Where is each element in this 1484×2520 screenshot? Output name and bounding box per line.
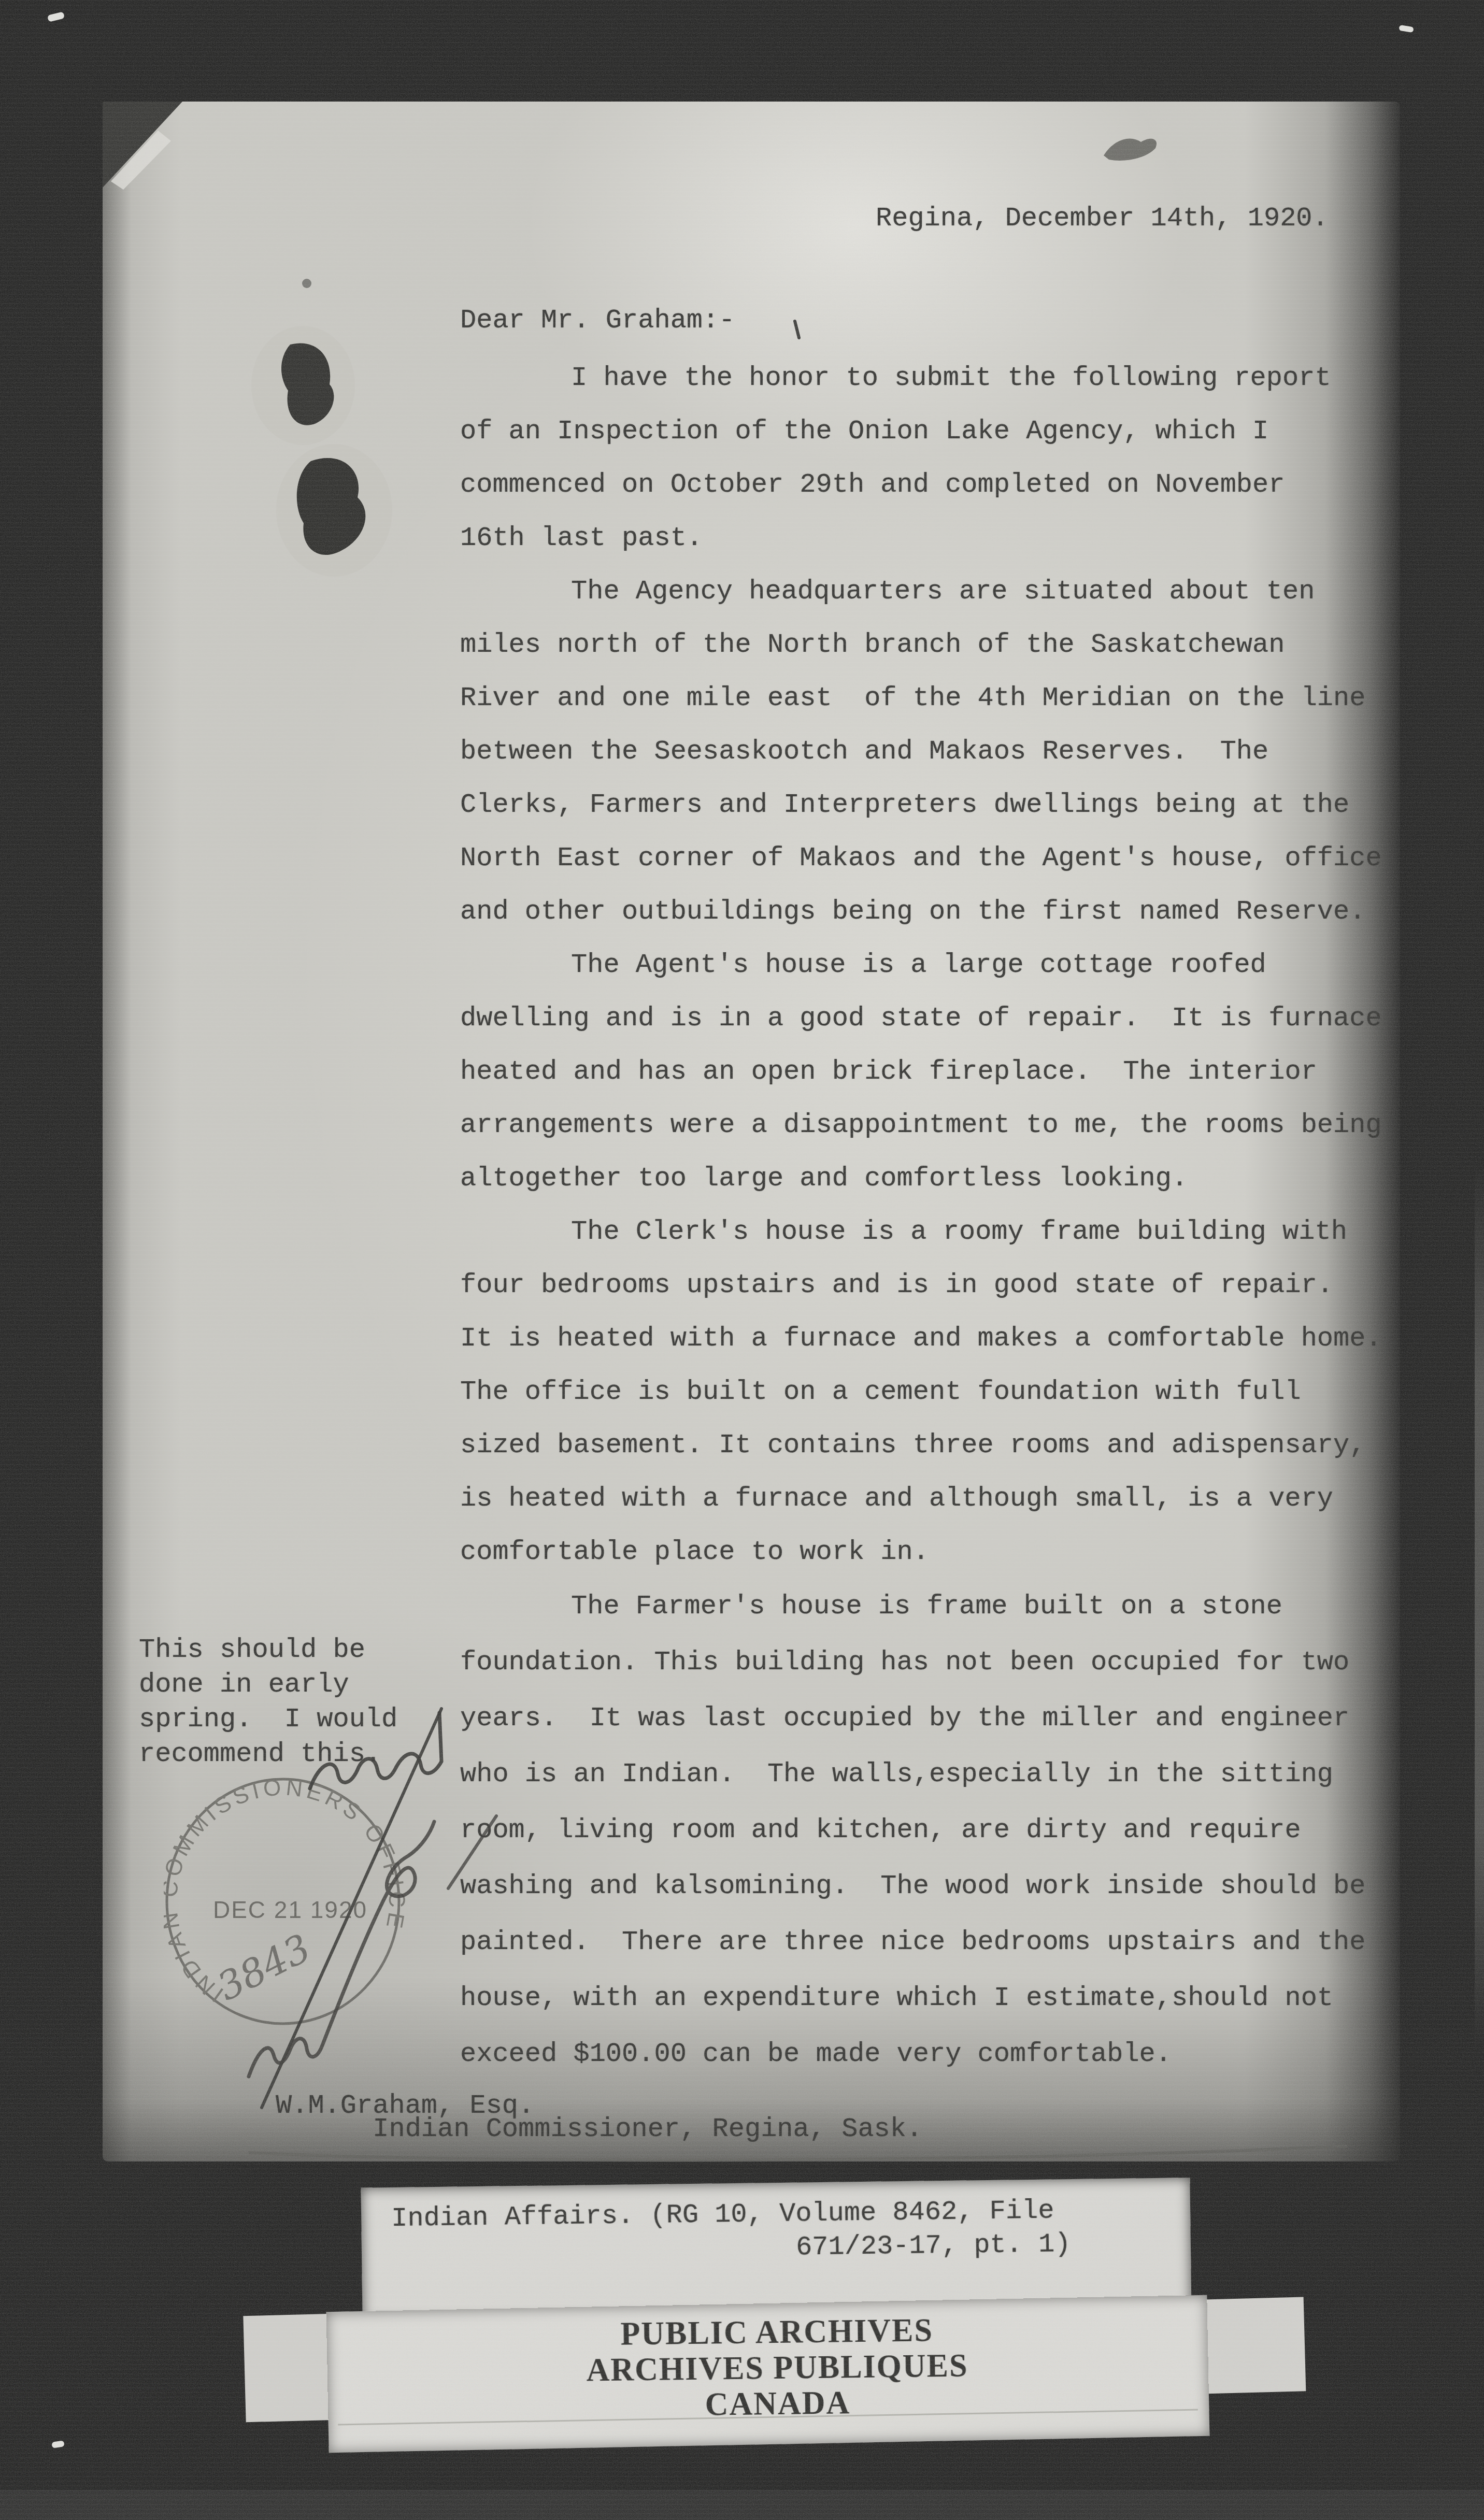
stamp-file-number: 3843 (210, 1926, 318, 2010)
microfilm-frame: INDIAN COMMISSIONERS OFFICE DEC 21 1920 … (0, 0, 1484, 2520)
marginal-note: This should be done in early spring. I w… (139, 1633, 397, 1771)
archive-reference-text: Indian Affairs. (RG 10, Volume 8462, Fil… (391, 2194, 1071, 2269)
dateline: Regina, December 14th, 1920. (876, 192, 1329, 245)
letter-paragraph-4: The Clerk's house is a roomy frame build… (460, 1205, 1382, 1579)
label-tab-left (243, 2314, 336, 2423)
letter-paragraph-2: The Agency headquarters are situated abo… (460, 565, 1382, 938)
label-tab-right (1200, 2297, 1306, 2394)
letter-paragraph-3: The Agent's house is a large cottage roo… (460, 938, 1382, 1205)
film-speck (51, 2440, 64, 2448)
stamp-date: DEC 21 1920 (213, 1896, 367, 1923)
film-edge-glare (1475, 1166, 1484, 2046)
letter-paragraph-5: The Farmer's house is frame built on a s… (460, 1579, 1365, 2082)
film-bottom-band (0, 2490, 1484, 2520)
film-speck (1399, 25, 1414, 33)
salutation: Dear Mr. Graham:- (460, 294, 735, 347)
office-date-stamp: INDIAN COMMISSIONERS OFFICE DEC 21 1920 … (164, 1776, 407, 2035)
letter-paragraph-1: I have the honor to submit the following… (460, 351, 1331, 565)
recipient-address: W.M.Graham, Esq. Indian Commissioner, Re… (276, 2094, 922, 2141)
public-archives-text: PUBLIC ARCHIVES ARCHIVES PUBLIQUES CANAD… (420, 2310, 1135, 2426)
film-speck (47, 11, 65, 22)
